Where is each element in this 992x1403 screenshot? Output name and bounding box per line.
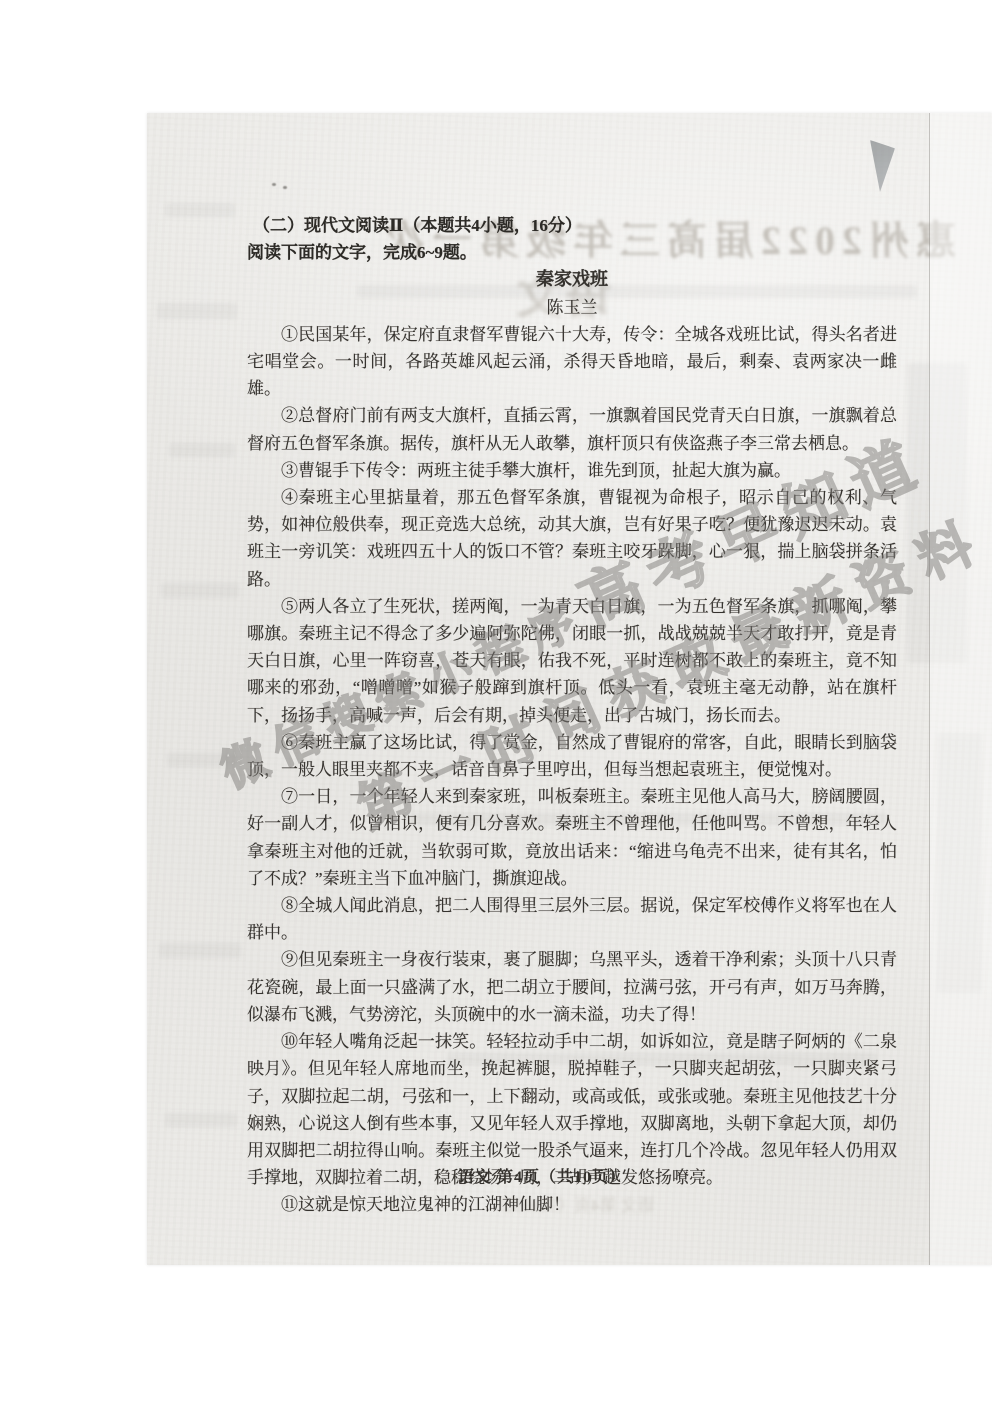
bleed-streak (169, 443, 235, 457)
bleed-streak (167, 753, 237, 767)
section-header: （二）现代文阅读Ⅱ（本题共4小题，16分） (247, 212, 897, 239)
exam-paper-sheet: 惠州2022届高三年级第一次 语文 语文 第4页（共10页） （二）现代文阅读Ⅱ… (147, 113, 992, 1265)
passage-paragraph: ②总督府门前有两支大旗杆，直插云霄，一旗飘着国民党青天白日旗，一旗飘着总督府五色… (247, 402, 897, 456)
passage-paragraph: ⑪这就是惊天地泣鬼神的江湖神仙脚！ (247, 1191, 897, 1218)
passage-paragraph: ①民国某年，保定府直隶督军曹锟六十大寿，传令：全城各戏班比试，得头名者进宅唱堂会… (247, 321, 897, 403)
passage-title: 秦家戏班 (247, 266, 897, 293)
passage-paragraph: ⑥秦班主赢了这场比试，得了赏金，自然成了曹锟府的常客，自此，眼睛长到脑袋顶，一般… (247, 729, 897, 783)
page-edge-strip (930, 113, 992, 1265)
bleed-streak (165, 1113, 237, 1127)
passage-paragraph: ⑤两人各立了生死状，搓两阄，一为青天白日旗，一为五色督军条旗，抓哪阄，攀哪旗。秦… (247, 593, 897, 729)
passage-content: （二）现代文阅读Ⅱ（本题共4小题，16分） 阅读下面的文字，完成6~9题。 秦家… (247, 212, 897, 1219)
bleed-streak (165, 203, 235, 217)
passage-paragraph: ⑨但见秦班主一身夜行装束，裹了腿脚；乌黑平头，透着干净利索；头顶十八只青花瓷碗，… (247, 946, 897, 1028)
corner-smudge-mark (870, 140, 895, 192)
passage-paragraph: ⑦一日，一个年轻人来到秦家班，叫板秦班主。秦班主见他人高马大，膀阔腰圆，好一副人… (247, 783, 897, 892)
passage-paragraph: ⑧全城人闻此消息，把二人围得里三层外三层。据说，保定军校傅作义将军也在人群中。 (247, 892, 897, 946)
reading-instruction: 阅读下面的文字，完成6~9题。 (247, 239, 897, 266)
ink-dot (272, 183, 276, 186)
passage-author: 陈玉兰 (247, 294, 897, 321)
passage-paragraph: ③曹锟手下传令：两班主徒手攀大旗杆，谁先到顶，扯起大旗为赢。 (247, 457, 897, 484)
scan-canvas: 惠州2022届高三年级第一次 语文 语文 第4页（共10页） （二）现代文阅读Ⅱ… (0, 0, 992, 1403)
page-footer: 语文 第4页（共10页） (217, 1164, 867, 1191)
bleed-streak (159, 943, 241, 958)
bleed-streak (161, 583, 239, 598)
bleed-streak (157, 303, 237, 319)
ink-dot (283, 186, 287, 189)
passage-paragraph: ④秦班主心里掂量着，那五色督军条旗，曹锟视为命根子，昭示自己的权利、气势，如神位… (247, 484, 897, 593)
page-fold-line (929, 113, 930, 1265)
